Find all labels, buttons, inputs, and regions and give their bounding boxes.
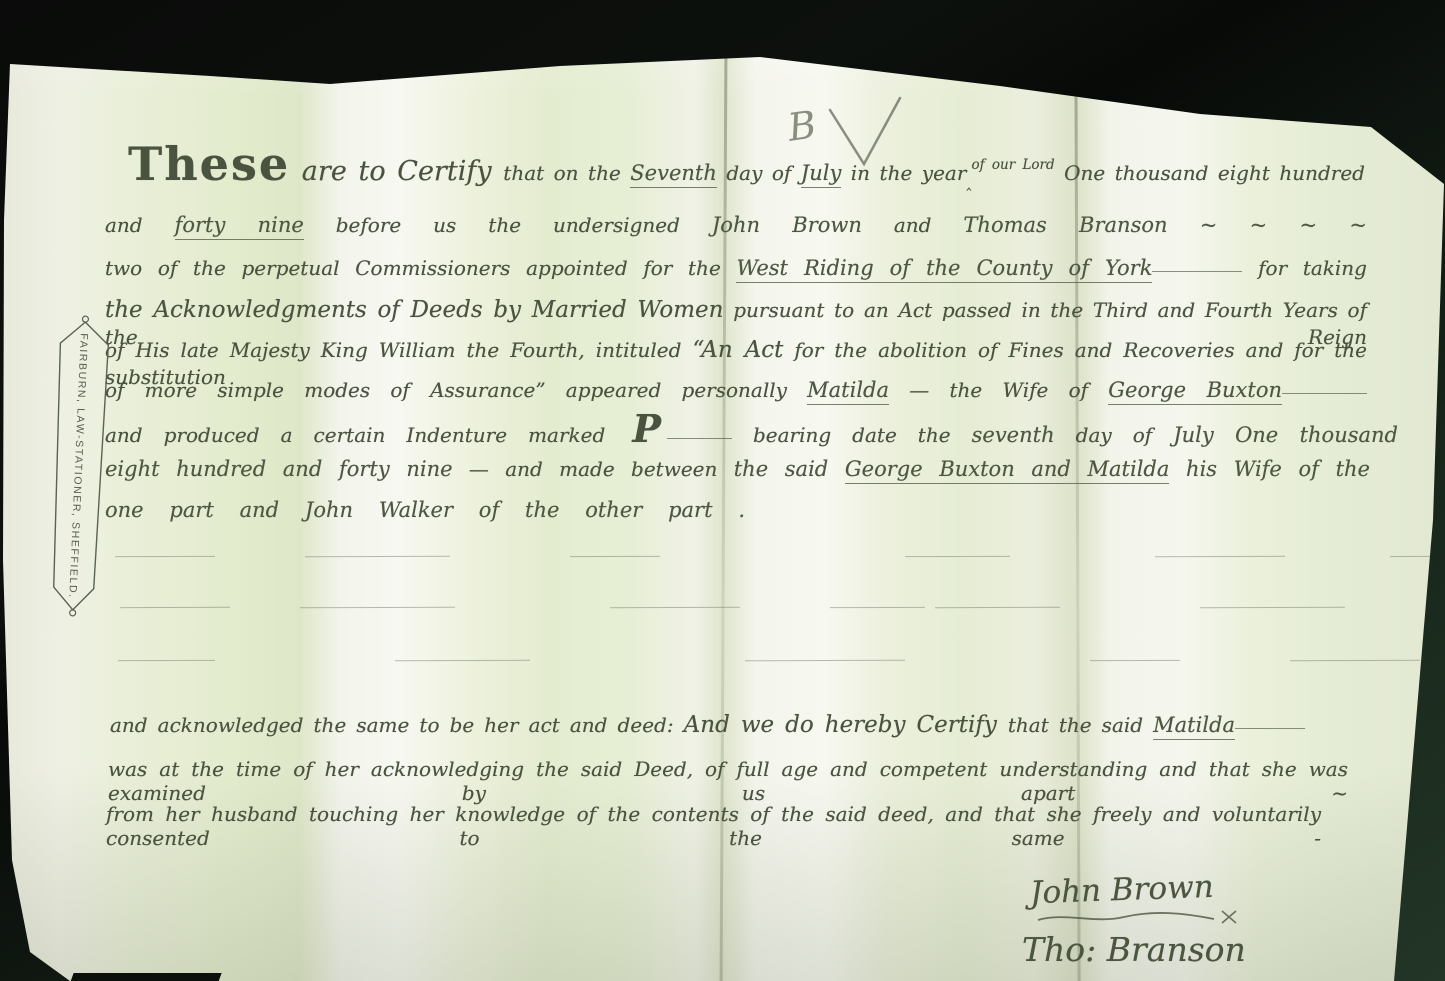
- text-segment: of more simple modes of Assurance” appea…: [105, 378, 807, 402]
- text-segment: ‸: [966, 173, 971, 191]
- text-segment: — the Wife of: [889, 378, 1108, 402]
- blank-rule-line: [1090, 660, 1180, 661]
- blank-rule-line: [1200, 607, 1345, 609]
- text-segment: “An Act: [692, 337, 783, 363]
- blank-rule-line: [905, 556, 1010, 557]
- text-segment: are to Certify: [290, 156, 503, 187]
- text-segment: West Riding of the County of York: [736, 256, 1152, 283]
- ink-dash: [1235, 723, 1305, 729]
- text-segment: the Acknowledgments of Deeds by Married …: [105, 297, 724, 323]
- text-segment: and acknowledged the same to be her act …: [110, 713, 684, 737]
- text-segment: and: [105, 213, 175, 237]
- blank-rule-line: [120, 607, 230, 608]
- text-segment: One thousand: [1214, 423, 1398, 447]
- text-segment: day of: [717, 161, 801, 185]
- text-segment: Thomas Branson: [963, 213, 1167, 237]
- blank-rule-line: [745, 660, 905, 662]
- blank-rule-line: [610, 607, 740, 608]
- signature-tho-branson: Tho: Branson: [1022, 930, 1246, 969]
- text-segment: and: [862, 213, 964, 237]
- scanned-deed-page: B These are to Certify that on the Seven…: [0, 0, 1445, 981]
- document-line: of more simple modes of Assurance” appea…: [105, 378, 1367, 403]
- text-segment: seventh: [972, 423, 1055, 447]
- text-segment: Matilda: [1153, 713, 1235, 740]
- text-segment: day of: [1055, 423, 1174, 447]
- text-segment: forty nine: [175, 213, 304, 240]
- text-segment: that on the: [503, 161, 630, 185]
- document-line: and forty nine before us the undersigned…: [105, 213, 1367, 238]
- text-segment: George Buxton: [1108, 378, 1282, 405]
- text-segment: of our Lord: [971, 157, 1054, 173]
- ink-dash: [667, 433, 732, 439]
- text-segment: These: [128, 137, 290, 191]
- text-segment: two of the perpetual Commissioners appoi…: [105, 256, 736, 280]
- pencil-annotation: B: [785, 102, 819, 149]
- document-line: eight hundred and forty nine — and made …: [105, 457, 1370, 482]
- blank-rule-line: [115, 556, 215, 557]
- text-segment: July: [801, 161, 842, 188]
- text-segment: George Buxton and Matilda: [845, 457, 1169, 484]
- text-segment: one part and John Walker of the other pa…: [105, 498, 745, 522]
- blank-rule-line: [1155, 556, 1285, 557]
- text-segment: for taking: [1242, 256, 1367, 280]
- blank-rule-line: [935, 607, 1060, 608]
- document-line: two of the perpetual Commissioners appoi…: [105, 256, 1367, 281]
- text-segment: was at the time of her acknowledging the…: [108, 757, 1348, 805]
- blank-rule-line: [570, 556, 660, 557]
- text-segment: One thousand eight hundred: [1055, 161, 1365, 185]
- text-segment: P: [626, 406, 667, 451]
- document-line: from her husband touching her knowledge …: [106, 802, 1321, 850]
- ink-dash: [1282, 388, 1367, 394]
- stamp-text: FAIRBURN, LAW-STATIONER, SHEFFIELD.: [66, 333, 90, 599]
- blank-rule-line: [1390, 556, 1438, 557]
- text-segment: and produced a certain Indenture marked: [105, 423, 626, 447]
- text-segment: July: [1173, 423, 1214, 447]
- document-line: was at the time of her acknowledging the…: [108, 757, 1348, 805]
- stationer-stamp: FAIRBURN, LAW-STATIONER, SHEFFIELD.: [37, 313, 120, 622]
- text-segment: And we do hereby Certify: [684, 712, 1008, 738]
- document-line: and produced a certain Indenture marked …: [105, 414, 1398, 448]
- blank-rule-line: [300, 607, 455, 609]
- document-line: one part and John Walker of the other pa…: [105, 498, 745, 523]
- blank-rule-line: [395, 660, 530, 661]
- blank-rule-line: [830, 607, 925, 608]
- text-segment: John Brown: [712, 213, 862, 237]
- text-segment: bearing date the: [732, 423, 972, 447]
- text-segment: of His late Majesty King William the Fou…: [105, 338, 692, 362]
- paper-edge-notch: [70, 973, 221, 981]
- text-segment: his Wife of the: [1169, 457, 1370, 481]
- text-segment: in the year: [841, 161, 966, 185]
- ink-dash: [1152, 266, 1242, 272]
- signature-flourish: [1036, 908, 1246, 928]
- signature-john-brown: John Brown: [1029, 869, 1214, 911]
- blank-rule-line: [1290, 660, 1420, 661]
- text-segment: — and made between: [453, 457, 734, 481]
- text-segment: from her husband touching her knowledge …: [106, 802, 1321, 850]
- blank-rule-line: [305, 556, 450, 558]
- text-segment: that the said: [1008, 713, 1153, 737]
- text-segment: Seventh: [630, 161, 717, 188]
- blank-rule-line: [118, 660, 215, 661]
- document-line: and acknowledged the same to be her act …: [110, 712, 1305, 740]
- paper: B These are to Certify that on the Seven…: [0, 0, 1445, 981]
- document-line: These are to Certify that on the Seventh…: [128, 146, 1365, 191]
- text-segment: ~ ~ ~ ~: [1168, 213, 1367, 237]
- text-segment: before us the undersigned: [304, 213, 712, 237]
- text-segment: Matilda: [807, 378, 889, 405]
- text-segment: eight hundred and forty nine: [105, 457, 453, 481]
- text-segment: the said: [734, 457, 845, 481]
